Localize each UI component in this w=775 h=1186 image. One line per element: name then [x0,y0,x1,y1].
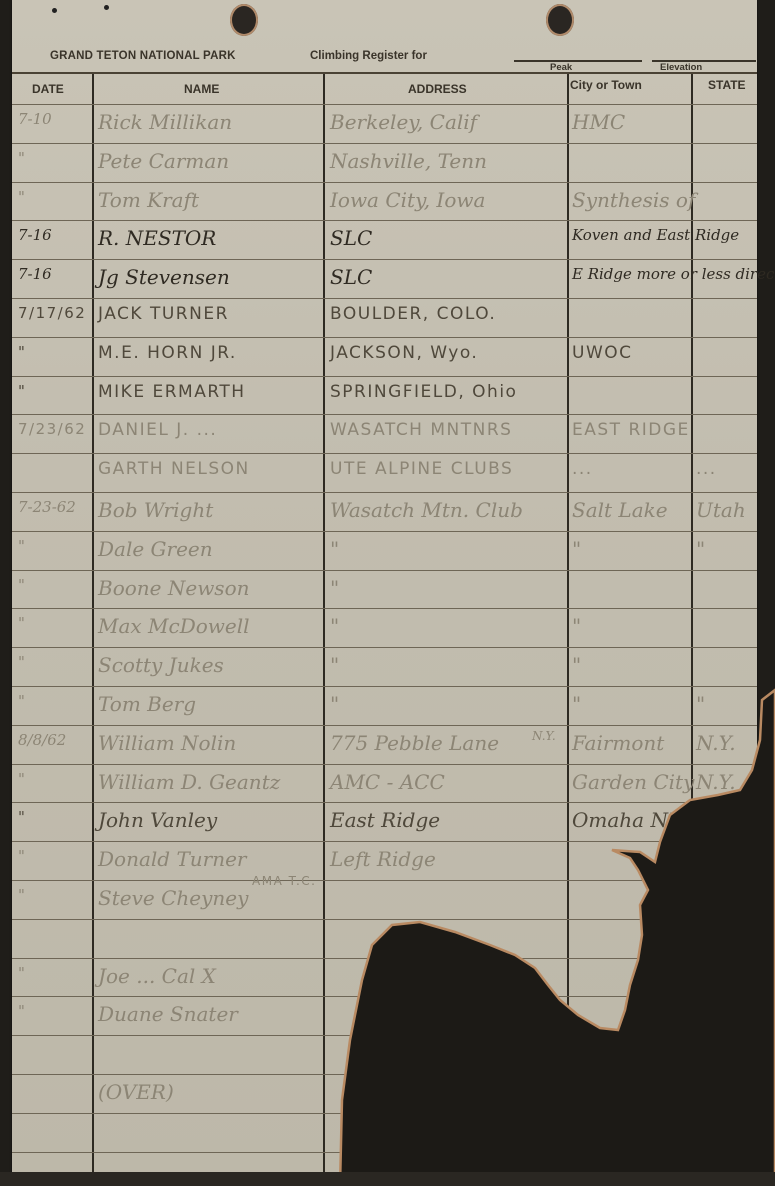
entry-city: HMC [572,110,625,134]
ruled-line [12,686,757,687]
ruled-line [12,725,757,726]
column-divider [567,74,569,1174]
entry-date: 7-23-62 [18,498,76,516]
entry-name: Rick Millikan [98,110,232,134]
entry-date: " [18,808,25,826]
entry-name: GARTH NELSON [98,459,250,479]
entry-name: Scotty Jukes [98,653,224,677]
entry-name: Tom Kraft [98,188,199,212]
entry-state: N.Y. [696,731,736,755]
entry-name: Pete Carman [98,149,229,173]
entry-name: Boone Newson [98,576,250,600]
entry-date: " [18,188,25,206]
entry-city: ... [572,459,593,479]
entry-address: " [330,537,339,561]
column-header-state: STATE [708,78,746,92]
entry-name: Donald Turner [98,847,247,871]
entry-address: Iowa City, Iowa [330,188,485,212]
entry-date: " [18,964,25,982]
ruled-line [12,1113,757,1114]
entry-address: " [330,653,339,677]
entry-city: Fairmont [572,731,664,755]
entry-name: R. NESTOR [98,226,216,250]
ruled-line [12,764,757,765]
ruled-line [12,919,757,920]
entry-state: " [696,537,705,561]
entry-date: " [18,847,25,865]
entry-city: Salt Lake [572,498,668,522]
entry-city: EAST RIDGE [572,420,690,440]
entry-name: JACK TURNER [98,304,229,324]
column-header-date: DATE [32,82,64,96]
ruled-line [12,1035,757,1036]
entry-address: BOULDER, COLO. [330,304,496,324]
ink-spot [52,8,57,13]
ruled-line [12,570,757,571]
entry-name: Tom Berg [98,692,196,716]
entry-address-note: N.Y. [532,729,556,743]
ruled-line [12,958,757,959]
entry-address: 775 Pebble Lane [330,731,499,755]
ink-spot [104,5,109,10]
entry-city: E Ridge more or less direct [572,265,775,283]
entry-address: SLC [330,226,372,250]
punch-hole [546,4,574,36]
ruled-line [12,647,757,648]
entry-state: N.Y. [696,770,736,794]
entry-name: Jg Stevensen [98,265,230,289]
ruled-line [12,337,757,338]
ruled-line [12,880,757,881]
entry-name: (OVER) [98,1080,174,1104]
ruled-line [12,802,757,803]
entry-address: " [330,614,339,638]
ruled-line [12,608,757,609]
register-sheet: GRAND TETON NATIONAL PARK Climbing Regis… [12,0,757,1176]
entry-name-note: AMA T.C. [252,874,317,888]
entry-date: " [18,343,26,361]
entry-name: Bob Wright [98,498,213,522]
column-header-address: ADDRESS [408,82,467,96]
entry-state: ... [696,459,717,479]
entry-city: " [572,614,581,638]
entry-address: " [330,576,339,600]
ruled-line [12,376,757,377]
column-header-city: City or Town [570,78,642,92]
peak-blank-line [514,60,642,62]
entry-address: JACKSON, Wyo. [330,343,478,363]
entry-name: Joe ... Cal X [98,964,216,988]
entry-date: " [18,149,25,167]
entry-address: SPRINGFIELD, Ohio [330,382,517,402]
ruled-line [12,220,757,221]
entry-city: " [572,653,581,677]
entry-address: SLC [330,265,372,289]
entry-address: WASATCH MNTNRS [330,420,512,440]
entry-date: " [18,653,25,671]
entry-date: 7-16 [18,265,52,283]
column-divider [92,74,94,1174]
entry-address: Left Ridge [330,847,436,871]
entry-date: 8/8/62 [18,731,66,749]
entry-name: M.E. HORN JR. [98,343,237,363]
entry-name: William D. Geantz [98,770,280,794]
ruled-line [12,182,757,183]
entry-address: AMC - ACC [330,770,445,794]
register-table: DATE NAME ADDRESS City or Town STATE 7-1… [12,72,757,1174]
entry-date: " [18,1002,25,1020]
ruled-line [12,531,757,532]
ruled-line [12,259,757,260]
entry-city: UWOC [572,343,633,363]
ruled-line [12,996,757,997]
entry-address: UTE ALPINE CLUBS [330,459,513,479]
entry-name: William Nolin [98,731,236,755]
entry-address: Nashville, Tenn [330,149,487,173]
entry-date: " [18,770,25,788]
park-title: GRAND TETON NATIONAL PARK [50,50,236,62]
entry-date: 7-10 [18,110,52,128]
entry-city: Synthesis of [572,188,695,212]
column-divider [323,74,325,1174]
entry-city: Koven and East Ridge [572,226,739,244]
entry-city: Omaha NEBR [572,808,712,832]
entry-address: Berkeley, Calif [330,110,477,134]
ruled-line [12,298,757,299]
entry-date: " [18,614,25,632]
ruled-line [12,1074,757,1075]
entry-address: " [330,692,339,716]
entry-address: East Ridge [330,808,440,832]
entry-city: " [572,692,581,716]
ruled-line [12,414,757,415]
entry-date: 7-16 [18,226,52,244]
punch-hole [230,4,258,36]
ruled-line [12,492,757,493]
entry-name: Duane Snater [98,1002,238,1026]
entry-date: " [18,576,25,594]
register-label: Climbing Register for [310,50,427,62]
entry-city: Garden City [572,770,694,794]
entry-date: " [18,382,26,400]
entry-address: Wasatch Mtn. Club [330,498,523,522]
ruled-line [12,453,757,454]
entry-name: DANIEL J. ... [98,420,217,440]
entry-state: Utah [696,498,746,522]
entry-date: 7/23/62 [18,420,86,438]
ruled-line [12,104,757,105]
column-header-name: NAME [184,82,219,96]
entry-name: Steve Cheyney [98,886,248,910]
entry-name: MIKE ERMARTH [98,382,246,402]
entry-date: " [18,692,25,710]
entry-name: Dale Green [98,537,213,561]
ruled-line [12,841,757,842]
entry-state: " [696,692,705,716]
entry-date: 7/17/62 [18,304,86,322]
entry-date: " [18,886,25,904]
ruled-line [12,143,757,144]
frame-edge [0,1172,775,1186]
entry-city: " [572,537,581,561]
entry-name: Max McDowell [98,614,250,638]
ruled-line [12,1152,757,1153]
entry-date: " [18,537,25,555]
entry-name: John Vanley [98,808,217,832]
